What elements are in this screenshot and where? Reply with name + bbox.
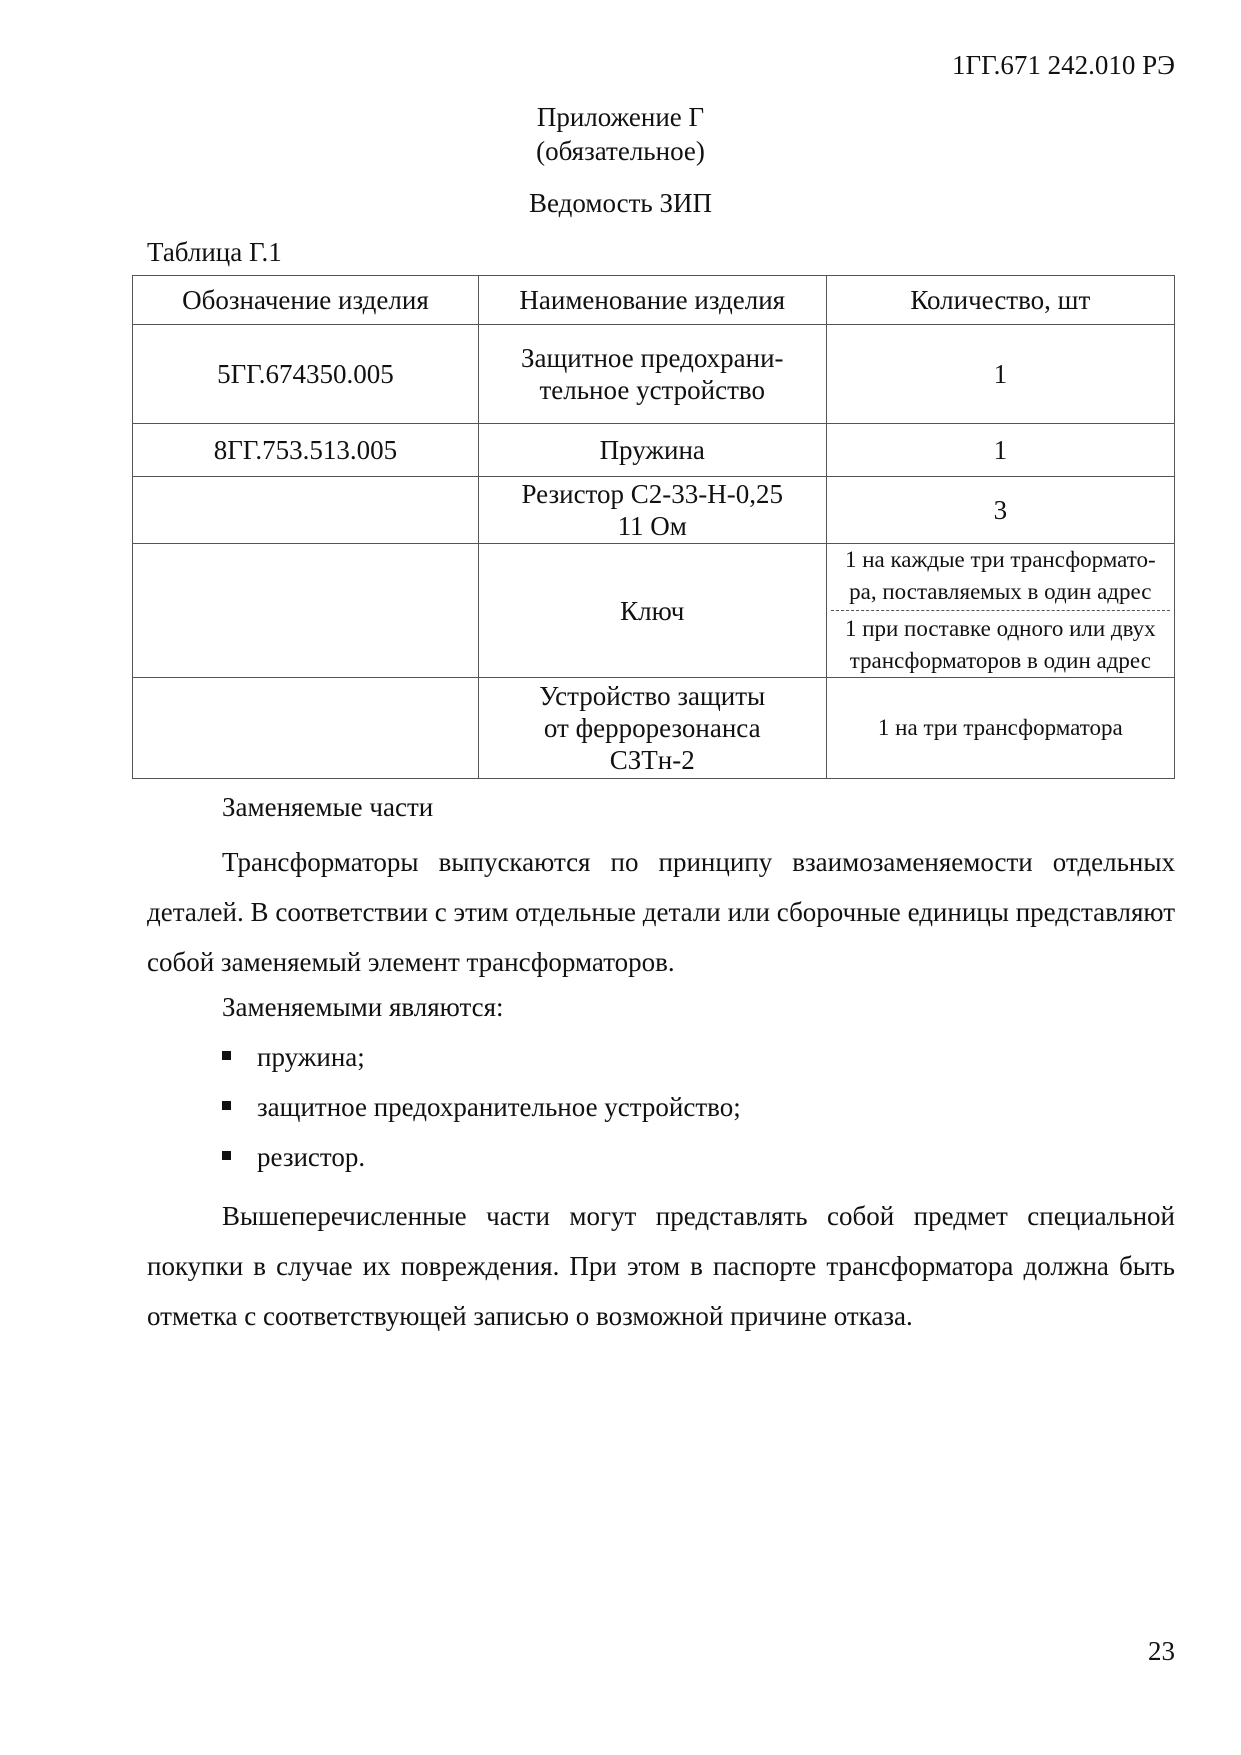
replaceable-parts-heading: Заменяемые части [222, 792, 433, 823]
replaceable-intro: Заменяемыми являются: [222, 992, 504, 1023]
cell-name-line: от феррорезонанса [483, 712, 822, 744]
quantity-option-b: 1 при поставке одного или двух трансформ… [831, 611, 1170, 677]
cell-name: Ключ [478, 544, 826, 678]
cell-name: Пружина [478, 424, 826, 477]
appendix-title: Приложение Г (обязательное) [0, 100, 1241, 168]
table-row: Ключ 1 на каждые три трансформато- ра, п… [133, 544, 1175, 678]
bullet-square-icon [222, 1101, 231, 1110]
cell-designation: 5ГГ.674350.005 [133, 325, 479, 424]
cell-quantity: 3 [826, 477, 1174, 544]
table-row: Резистор С2-33-Н-0,25 11 Ом 3 [133, 477, 1175, 544]
quantity-line: 1 при поставке одного или двух [833, 613, 1168, 645]
list-item-text: резистор. [257, 1142, 365, 1172]
bullet-square-icon [222, 1151, 231, 1160]
cell-name: Устройство защиты от феррорезонанса СЗТн… [478, 678, 826, 779]
cell-name-line: Защитное предохрани- [483, 342, 822, 374]
cell-quantity: 1 [826, 325, 1174, 424]
bullet-square-icon [222, 1051, 231, 1060]
spare-parts-table: Обозначение изделия Наименование изделия… [132, 275, 1175, 779]
header-designation: Обозначение изделия [133, 276, 479, 325]
header-quantity: Количество, шт [826, 276, 1174, 325]
cell-quantity: 1 на каждые три трансформато- ра, постав… [826, 544, 1174, 678]
list-item: защитное предохранительное устройство; [222, 1092, 741, 1123]
table-caption: Таблица Г.1 [147, 237, 282, 268]
quantity-option-a: 1 на каждые три трансформато- ра, постав… [831, 544, 1170, 611]
document-code: 1ГГ.671 242.010 РЭ [952, 50, 1175, 81]
cell-name-line: Устройство защиты [483, 680, 822, 712]
paragraph-interchangeability: Трансформаторы выпускаются по принципу в… [147, 837, 1175, 987]
list-item-text: пружина; [257, 1042, 365, 1072]
list-item-text: защитное предохранительное устройство; [257, 1092, 741, 1122]
list-item: резистор. [222, 1142, 365, 1173]
quantity-line: трансформаторов в один адрес [833, 645, 1168, 677]
cell-name-line: 11 Ом [483, 510, 822, 542]
cell-name-line: тельное устройство [483, 374, 822, 406]
page-number: 23 [1148, 1636, 1175, 1667]
cell-quantity: 1 на три трансформатора [826, 678, 1174, 779]
cell-name: Резистор С2-33-Н-0,25 11 Ом [478, 477, 826, 544]
table-header-row: Обозначение изделия Наименование изделия… [133, 276, 1175, 325]
table-row: 5ГГ.674350.005 Защитное предохрани- тель… [133, 325, 1175, 424]
quantity-line: 1 на каждые три трансформато- [833, 544, 1168, 576]
header-name: Наименование изделия [478, 276, 826, 325]
cell-designation: 8ГГ.753.513.005 [133, 424, 479, 477]
table-row: 8ГГ.753.513.005 Пружина 1 [133, 424, 1175, 477]
list-item: пружина; [222, 1042, 365, 1073]
paragraph-special-purchase: Вышеперечисленные части могут представля… [147, 1191, 1175, 1341]
cell-designation [133, 477, 479, 544]
cell-quantity: 1 [826, 424, 1174, 477]
cell-designation [133, 678, 479, 779]
quantity-line: ра, поставляемых в один адрес [833, 576, 1168, 608]
cell-name: Защитное предохрани- тельное устройство [478, 325, 826, 424]
table-row: Устройство защиты от феррорезонанса СЗТн… [133, 678, 1175, 779]
appendix-name: Приложение Г [0, 100, 1241, 134]
section-title: Ведомость ЗИП [0, 188, 1241, 219]
cell-name-line: Резистор С2-33-Н-0,25 [483, 478, 822, 510]
cell-designation [133, 544, 479, 678]
cell-name-line: СЗТн-2 [483, 744, 822, 776]
appendix-status: (обязательное) [0, 134, 1241, 168]
